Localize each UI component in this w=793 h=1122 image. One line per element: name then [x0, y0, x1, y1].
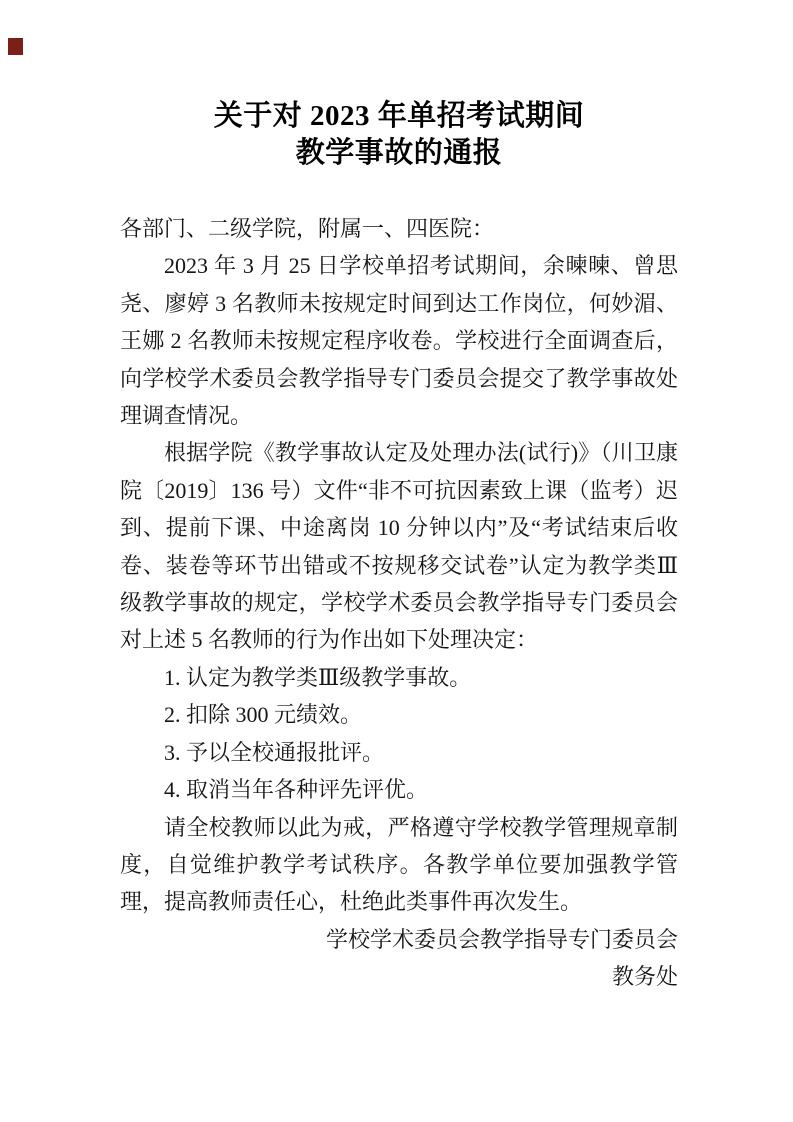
decision-item-1: 1. 认定为教学类Ⅲ级教学事故。 — [120, 659, 678, 696]
document-title: 关于对 2023 年单招考试期间 教学事故的通报 — [120, 98, 678, 172]
decision-item-3: 3. 予以全校通报批评。 — [120, 734, 678, 771]
decision-item-4: 4. 取消当年各种评先评优。 — [120, 771, 678, 808]
document-title-line1: 关于对 2023 年单招考试期间 — [120, 98, 678, 135]
paragraph-closing: 请全校教师以此为戒，严格遵守学校教学管理规章制度，自觉维护教学考试秩序。各教学单… — [120, 809, 678, 921]
signature-office: 教务处 — [120, 958, 678, 995]
document-page: 关于对 2023 年单招考试期间 教学事故的通报 各部门、二级学院，附属一、四医… — [0, 0, 793, 1122]
paragraph-incident: 2023 年 3 月 25 日学校单招考试期间，余暕暕、曾思尧、廖婷 3 名教师… — [120, 247, 678, 434]
document-title-line2: 教学事故的通报 — [120, 135, 678, 172]
paragraph-regulation: 根据学院《教学事故认定及处理办法(试行)》（川卫康院〔2019〕136 号）文件… — [120, 434, 678, 658]
salutation-line: 各部门、二级学院，附属一、四医院： — [120, 210, 678, 247]
notice-document-page: { "document": { "accent_mark_color": "#7… — [0, 0, 793, 1122]
decision-item-2: 2. 扣除 300 元绩效。 — [120, 696, 678, 733]
document-body: 各部门、二级学院，附属一、四医院： 2023 年 3 月 25 日学校单招考试期… — [120, 210, 678, 996]
signature-committee: 学校学术委员会教学指导专门委员会 — [120, 921, 678, 958]
